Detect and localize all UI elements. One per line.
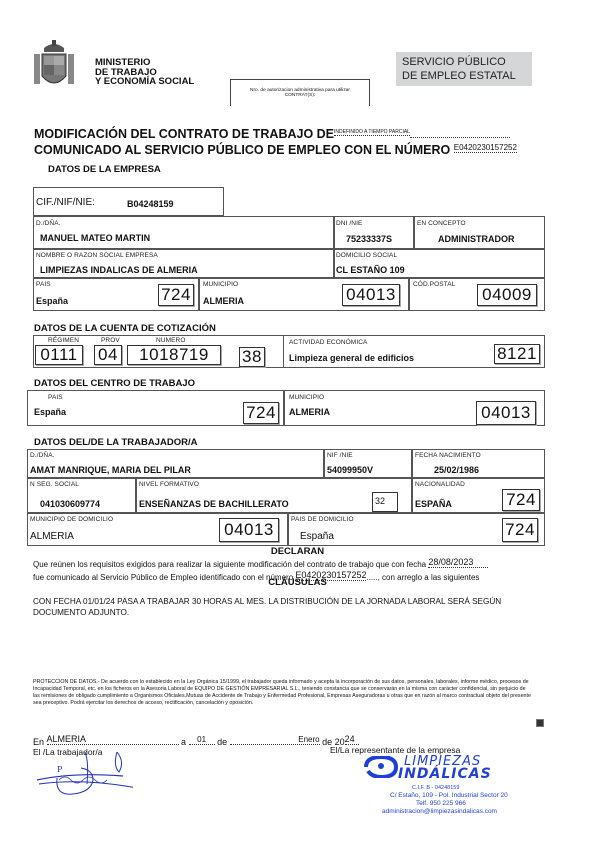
- anio-value: 24: [345, 734, 359, 745]
- trab-nivel-label: NIVEL FORMATIVO: [139, 481, 199, 488]
- cp-label: CÓD.POSTAL: [413, 281, 455, 288]
- trabajador-signature: P: [33, 748, 133, 803]
- regimen-label: RÉGIMEN: [48, 337, 79, 344]
- trab-nss-value: 041030609774: [40, 499, 100, 509]
- centro-municipio-cell: MUNICIPIO ALMERIA 04013: [283, 390, 545, 426]
- domicilio-label: DOMICILIO SOCIAL: [336, 252, 397, 259]
- section-empresa-heading: DATOS DE LA EMPRESA: [48, 164, 161, 175]
- trab-nif-value: 54099950V: [327, 465, 373, 475]
- centro-pais-cell: PAIS España 724: [27, 390, 285, 426]
- trabajador-nss-cell: N SEG. SOCIAL 041030609774: [27, 477, 137, 514]
- trab-paisdom-label: PAIS DE DOMICILIO: [291, 516, 354, 523]
- pais-code: 724: [158, 284, 194, 306]
- actividad-value: Limpieza general de edificios: [289, 353, 414, 363]
- stamp-logo-icon: [364, 756, 398, 778]
- razon-label: NOMBRE O RAZON SOCIAL EMPRESA: [36, 252, 158, 259]
- lugar-value: ALMERIA: [47, 734, 179, 745]
- authorization-box: Nro. de autorizacion administrativa para…: [230, 79, 370, 106]
- document-title: MODIFICACIÓN DEL CONTRATO DE TRABAJO DEI…: [34, 125, 517, 157]
- dia-value: 01: [189, 735, 215, 745]
- title-line1: MODIFICACIÓN DEL CONTRATO DE TRABAJO DE: [34, 127, 334, 141]
- small-square-icon: [536, 719, 544, 727]
- dni-label: DNI /NIE: [336, 220, 362, 227]
- centro-pais-label: PAIS: [48, 394, 63, 401]
- trabajador-nac-cell: FECHA NACIMIENTO 25/02/1986: [411, 449, 545, 479]
- trab-nivel-code: 32: [372, 492, 398, 512]
- trab-nac-value: 25/02/1986: [434, 465, 479, 475]
- actividad-code: 8121: [494, 344, 540, 364]
- trab-mundom-label: MUNICIPIO DE DOMICILIO: [30, 516, 113, 523]
- empresa-cp-cell: CÓD.POSTAL 04009: [408, 277, 545, 311]
- trab-paisdom-value: España: [300, 531, 334, 542]
- dni-value: 75233337S: [346, 234, 392, 244]
- cif-label: CIF./NIF/NIE:: [36, 197, 95, 208]
- trabajador-dona-cell: D./DÑA. AMAT MANRIQUE, MARIA DEL PILAR: [27, 449, 325, 479]
- prov-label: PROV: [101, 337, 120, 344]
- ministry-line: Y ECONOMÍA SOCIAL: [95, 77, 194, 87]
- domicilio-value: CL ESTAÑO 109: [336, 265, 405, 275]
- municipio-code: 04013: [342, 284, 400, 306]
- actividad-label: ACTIVIDAD ECONÓMICA: [289, 339, 367, 346]
- stamp-cif: C.I.F. B - 04248159: [412, 785, 459, 791]
- coat-of-arms-icon: [32, 40, 76, 94]
- mes-value: Enero: [230, 735, 320, 745]
- empresa-domicilio-cell: DOMICILIO SOCIAL CL ESTAÑO 109: [333, 248, 545, 279]
- stamp-phone: Telf. 950 225 966: [416, 800, 466, 807]
- sepe-line: DE EMPLEO ESTATAL: [402, 69, 526, 83]
- stamp-email: administracion@limpiezasindalicas.com: [382, 808, 497, 815]
- declaran-heading: DECLARAN: [0, 546, 595, 557]
- actividad-cell: ACTIVIDAD ECONÓMICA Limpieza general de …: [283, 335, 545, 368]
- declaran-text1: Que reúnen los requisitos exigidos para …: [33, 560, 426, 569]
- section-cotizacion-heading: DATOS DE LA CUENTA DE COTIZACIÓN: [34, 323, 216, 334]
- centro-municipio-label: MUNICIPIO: [289, 394, 324, 401]
- trab-nac-label: FECHA NACIMIENTO: [415, 452, 481, 459]
- trab-mundom-code: 04013: [219, 518, 279, 542]
- trabajador-nivel-cell: NIVEL FORMATIVO ENSEÑANZAS DE BACHILLERA…: [135, 477, 413, 514]
- sepe-logo: SERVICIO PÚBLICO DE EMPLEO ESTATAL: [396, 52, 532, 86]
- empresa-municipio-cell: MUNICIPIO ALMERIA 04013: [198, 277, 410, 311]
- trab-mundom-value: ALMERIA: [30, 531, 74, 542]
- data-protection-text: PROTECCION DE DATOS.- De acuerdo con lo …: [33, 679, 533, 707]
- section-trabajador-heading: DATOS DEL/DE LA TRABAJADOR/A: [34, 437, 197, 448]
- svg-text:P: P: [57, 765, 63, 774]
- trab-nacionalidad-value: ESPAÑA: [415, 499, 452, 509]
- contract-type: INDEFINIDO A TIEMPO PARCIAL: [334, 129, 410, 136]
- empresa-dni-cell: DNI /NIE 75233337S: [333, 216, 415, 250]
- prov-value: 04: [94, 345, 122, 365]
- trab-nif-label: NIF /NIE: [327, 452, 353, 459]
- centro-pais-value: España: [34, 407, 66, 417]
- empresa-concepto-cell: EN CONCEPTO ADMINISTRADOR: [413, 216, 545, 250]
- municipio-label: MUNICIPIO: [203, 281, 238, 288]
- declaran-fecha: 28/08/2023: [428, 557, 488, 568]
- concepto-value: ADMINISTRADOR: [438, 234, 515, 244]
- stamp-address: C/ Estaño, 109 - Pol. Industrial Sector …: [390, 792, 508, 799]
- centro-municipio-value: ALMERIA: [289, 407, 330, 417]
- razon-value: LIMPIEZAS INDALICAS DE ALMERIA: [40, 265, 198, 275]
- cp-value: 04009: [477, 284, 537, 306]
- cif-box: CIF./NIF/NIE: B04248159: [33, 187, 224, 216]
- empresa-pais-cell: PAIS España 724: [33, 277, 200, 311]
- numero-value: 1018719: [127, 345, 221, 365]
- pais-value: España: [36, 296, 68, 306]
- contract-number: E0420230157252: [454, 143, 517, 153]
- a-label: a: [181, 737, 186, 747]
- concepto-label: EN CONCEPTO: [417, 220, 466, 227]
- clausula-text: CON FECHA 01/01/24 PASA A TRABAJAR 30 HO…: [33, 596, 523, 618]
- empresa-dona-cell: D./DÑA. MANUEL MATEO MARTIN: [33, 216, 335, 250]
- trabajador-mundom-cell: MUNICIPIO DE DOMICILIO ALMERIA 04013: [27, 512, 289, 546]
- trabajador-nif-cell: NIF /NIE 54099950V: [323, 449, 413, 479]
- trabajador-paisdom-cell: PAIS DE DOMICILIO España 724: [287, 512, 545, 546]
- regimen-value: 0111: [35, 345, 83, 365]
- cotizacion-account-cell: RÉGIMEN 0111 PROV 04 NUMERO 1018719 38: [33, 335, 284, 368]
- cif-value: B04248159: [127, 199, 174, 209]
- trab-dona-label: D./DÑA.: [30, 452, 55, 459]
- trab-nacionalidad-label: NACIONALIDAD: [415, 481, 465, 488]
- trab-paisdom-code: 724: [502, 518, 538, 542]
- pais-label: PAIS: [36, 281, 51, 288]
- signature-date-line: En ALMERIA a 01 de Enero de 2024: [33, 734, 359, 747]
- centro-municipio-code: 04013: [476, 401, 536, 425]
- sepe-line: SERVICIO PÚBLICO: [402, 55, 526, 69]
- trab-nacionalidad-code: 724: [502, 489, 540, 511]
- stamp-name2: INDÁLICAS: [398, 766, 492, 782]
- trab-dona-value: AMAT MANRIQUE, MARIA DEL PILAR: [30, 465, 191, 475]
- trab-nss-label: N SEG. SOCIAL: [30, 481, 79, 488]
- trabajador-nacionalidad-cell: NACIONALIDAD ESPAÑA 724: [411, 477, 545, 514]
- en-label: En: [33, 737, 44, 747]
- dc-value: 38: [239, 347, 265, 367]
- dona-value: MANUEL MATEO MARTIN: [40, 233, 150, 243]
- empresa-razon-cell: NOMBRE O RAZON SOCIAL EMPRESA LIMPIEZAS …: [33, 248, 335, 279]
- municipio-value: ALMERIA: [203, 296, 244, 306]
- title-line2: COMUNICADO AL SERVICIO PÚBLICO DE EMPLEO…: [34, 143, 450, 157]
- centro-pais-code: 724: [243, 402, 279, 424]
- dona-label: D./DÑA.: [36, 220, 61, 227]
- section-centro-heading: DATOS DEL CENTRO DE TRABAJO: [34, 378, 195, 389]
- de-label: de: [217, 737, 227, 747]
- clausulas-heading: CLÁUSULAS: [0, 577, 595, 588]
- authorization-contract-label: CONTRAT(S):: [231, 93, 369, 98]
- trab-nivel-value: ENSEÑANZAS DE BACHILLERATO: [139, 499, 289, 509]
- ministry-name: MINISTERIO DE TRABAJO Y ECONOMÍA SOCIAL: [95, 58, 194, 87]
- numero-label: NUMERO: [156, 337, 186, 344]
